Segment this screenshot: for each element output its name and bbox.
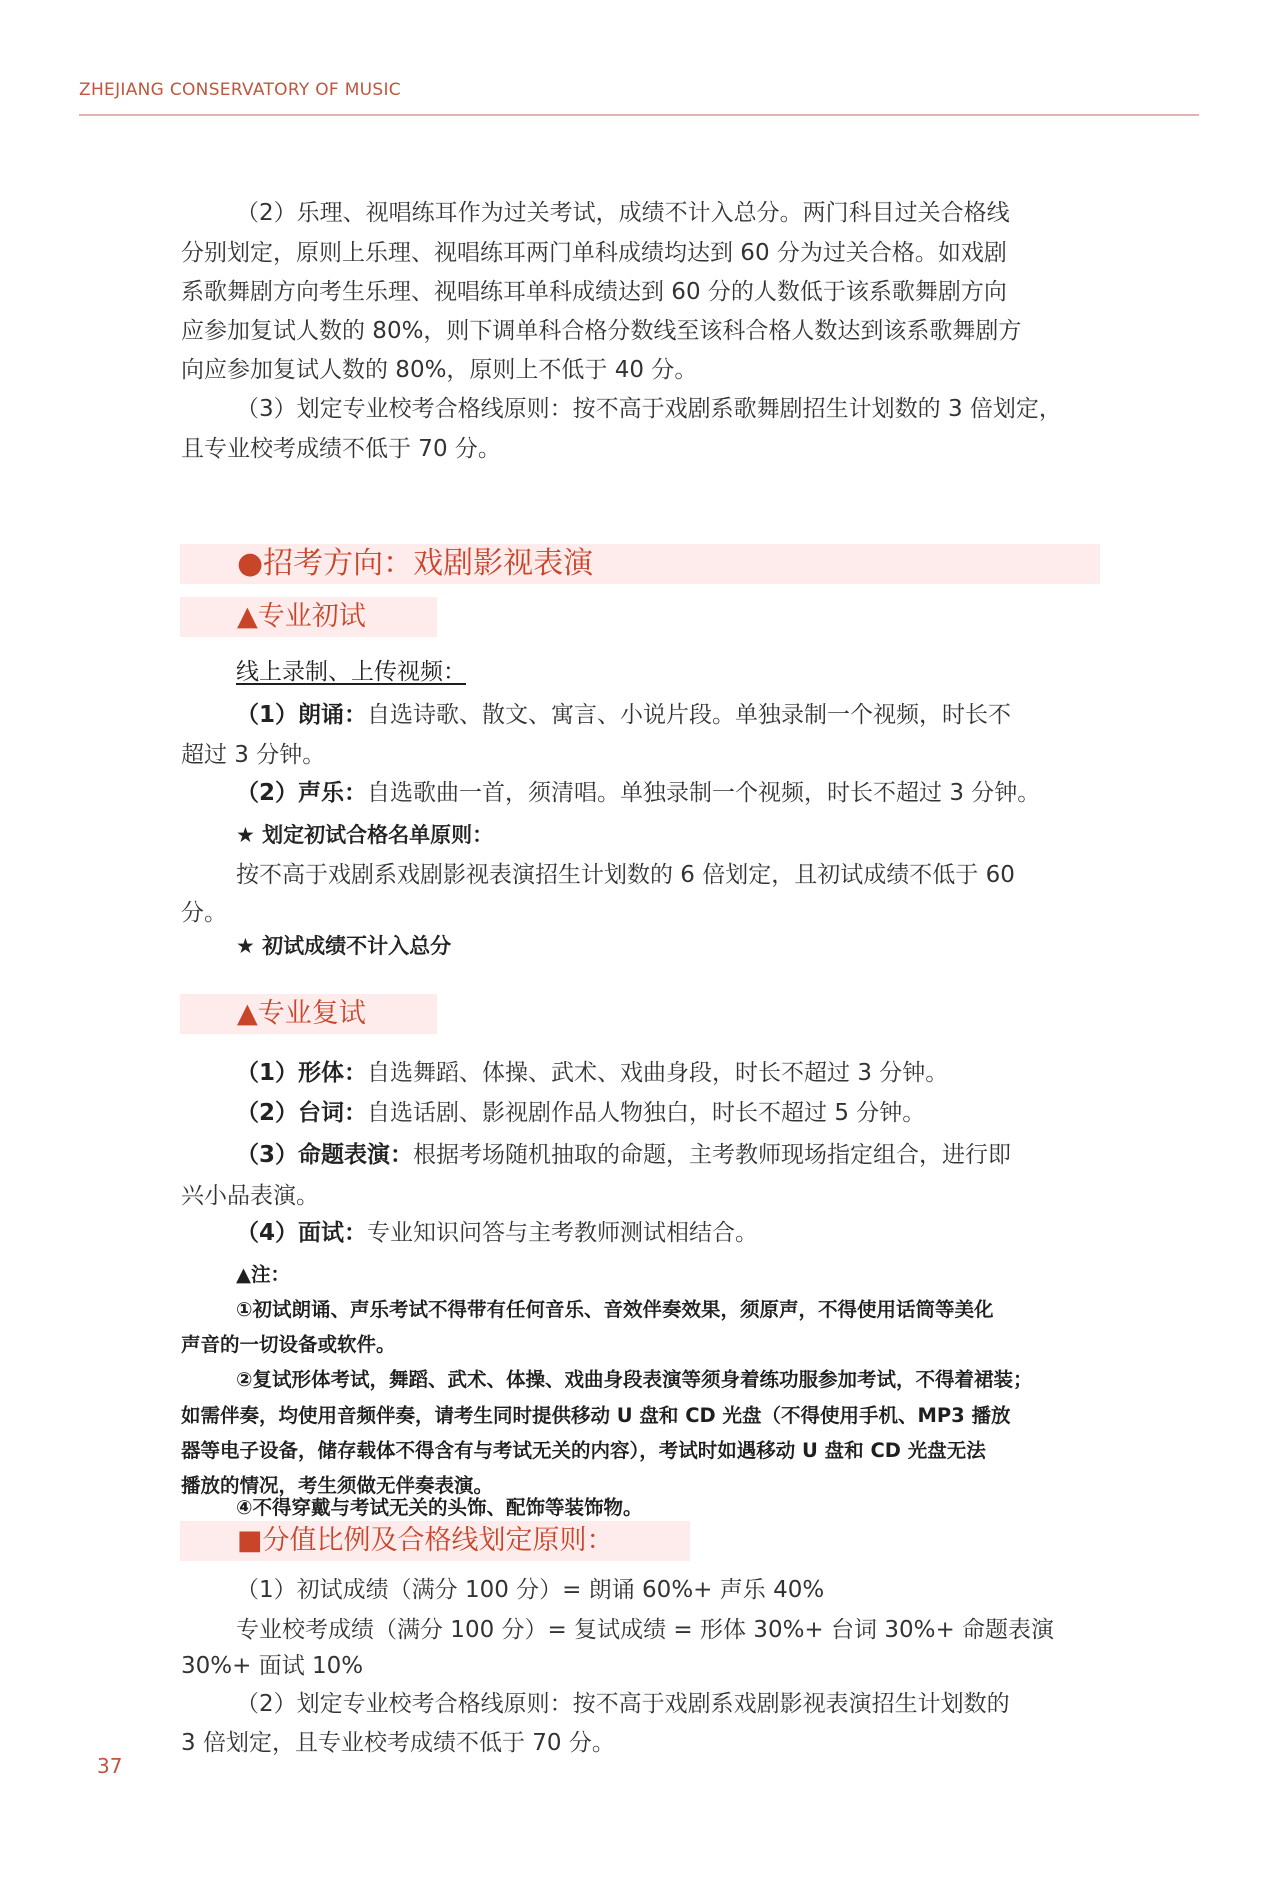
scoring-line: 30%+ 面试 10%: [181, 1651, 1121, 1681]
prelim-score-note: ★ 初试成绩不计入总分: [236, 931, 1176, 961]
note-line: 如需伴奏，均使用音频伴奏，请考生同时提供移动 U 盘和 CD 光盘（不得使用手机…: [181, 1401, 1121, 1431]
notes-title: ▲注：: [236, 1260, 1176, 1290]
item-label: （1）形体：: [236, 1060, 367, 1086]
text-line: 向应参加复试人数的 80%，原则上不低于 40 分。: [181, 355, 1121, 385]
item-text: 根据考场随机抽取的命题，主考教师现场指定组合，进行即: [413, 1142, 1011, 1168]
scoring-line: 3 倍划定，且专业校考成绩不低于 70 分。: [181, 1728, 1121, 1758]
prelim-rule-title: ★ 划定初试合格名单原则：: [236, 820, 1176, 850]
header-title: ZHEJIANG CONSERVATORY OF MUSIC: [79, 80, 401, 100]
text-line: 分。: [181, 898, 1121, 928]
page-number: 37: [97, 1754, 122, 1778]
item-text: 专业知识问答与主考教师测试相结合。: [367, 1220, 758, 1246]
retest-item-lines: （2）台词：自选话剧、影视剧作品人物独白，时长不超过 5 分钟。: [236, 1098, 1176, 1128]
prelim-rule-text: 按不高于戏剧系戏剧影视表演招生计划数的 6 倍划定，且初试成绩不低于 60: [236, 860, 1176, 890]
scoring-line: （1）初试成绩（满分 100 分）= 朗诵 60%+ 声乐 40%: [236, 1575, 1176, 1605]
item-label: （2）声乐：: [236, 780, 367, 806]
subsection-band-scoring: ■分值比例及合格线划定原则：: [180, 1521, 690, 1561]
item-text: 自选舞蹈、体操、武术、戏曲身段，时长不超过 3 分钟。: [367, 1060, 948, 1086]
subsection-heading-preliminary: ▲专业初试: [237, 597, 366, 637]
item-label: （1）朗诵：: [236, 702, 367, 728]
text-line: 分别划定，原则上乐理、视唱练耳两门单科成绩均达到 60 分为过关合格。如戏剧: [181, 238, 1121, 268]
scoring-line: （2）划定专业校考合格线原则：按不高于戏剧系戏剧影视表演招生计划数的: [236, 1689, 1176, 1719]
text-line: （3）划定专业校考合格线原则：按不高于戏剧系歌舞剧招生计划数的 3 倍划定，: [236, 394, 1176, 424]
note-line: ①初试朗诵、声乐考试不得带有任何音乐、音效伴奏效果，须原声，不得使用话筒等美化: [236, 1295, 1176, 1325]
subsection-heading-retest: ▲专业复试: [237, 994, 366, 1034]
note-line: 声音的一切设备或软件。: [181, 1330, 1121, 1360]
item-text: 自选诗歌、散文、寓言、小说片段。单独录制一个视频，时长不: [367, 702, 1011, 728]
note-line: 器等电子设备，储存载体不得含有与考试无关的内容），考试时如遇移动 U 盘和 CD…: [181, 1436, 1121, 1466]
subsection-band-retest: ▲专业复试: [180, 994, 437, 1034]
item-label: （3）命题表演：: [236, 1142, 413, 1168]
section-heading-band: ●招考方向：戏剧影视表演: [180, 544, 1100, 584]
retest-item-physique: （1）形体：自选舞蹈、体操、武术、戏曲身段，时长不超过 3 分钟。: [236, 1058, 1176, 1088]
prelim-item-vocal: （2）声乐：自选歌曲一首，须清唱。单独录制一个视频，时长不超过 3 分钟。: [236, 778, 1176, 808]
subsection-band-preliminary: ▲专业初试: [180, 597, 437, 637]
section-heading: ●招考方向：戏剧影视表演: [237, 544, 593, 584]
retest-item-interview: （4）面试：专业知识问答与主考教师测试相结合。: [236, 1218, 1176, 1248]
header-divider: [79, 114, 1199, 116]
online-upload-subheading: 线上录制、上传视频：: [236, 657, 1176, 687]
item-label: （4）面试：: [236, 1220, 367, 1246]
retest-item-performance: （3）命题表演：根据考场随机抽取的命题，主考教师现场指定组合，进行即: [236, 1140, 1176, 1170]
scoring-line: 专业校考成绩（满分 100 分）= 复试成绩 = 形体 30%+ 台词 30%+…: [236, 1615, 1176, 1645]
item-text: 自选歌曲一首，须清唱。单独录制一个视频，时长不超过 3 分钟。: [367, 780, 1040, 806]
text-line: 兴小品表演。: [181, 1181, 1121, 1211]
note-line: ④不得穿戴与考试无关的头饰、配饰等装饰物。: [236, 1493, 1176, 1523]
note-line: ②复试形体考试，舞蹈、武术、体操、戏曲身段表演等须身着练功服参加考试，不得着裙装…: [236, 1365, 1176, 1395]
subsection-heading-scoring: ■分值比例及合格线划定原则：: [237, 1521, 614, 1561]
prelim-item-recitation: （1）朗诵：自选诗歌、散文、寓言、小说片段。单独录制一个视频，时长不: [236, 700, 1176, 730]
item-label: （2）台词：: [236, 1100, 367, 1126]
text-line: 超过 3 分钟。: [181, 740, 1121, 770]
text-line: 系歌舞剧方向考生乐理、视唱练耳单科成绩达到 60 分的人数低于该系歌舞剧方向: [181, 277, 1121, 307]
text-line: （2）乐理、视唱练耳作为过关考试，成绩不计入总分。两门科目过关合格线: [236, 198, 1176, 228]
text-line: 应参加复试人数的 80%，则下调单科合格分数线至该科合格人数达到该系歌舞剧方: [181, 316, 1121, 346]
text-line: 且专业校考成绩不低于 70 分。: [181, 434, 1121, 464]
item-text: 自选话剧、影视剧作品人物独白，时长不超过 5 分钟。: [367, 1100, 925, 1126]
